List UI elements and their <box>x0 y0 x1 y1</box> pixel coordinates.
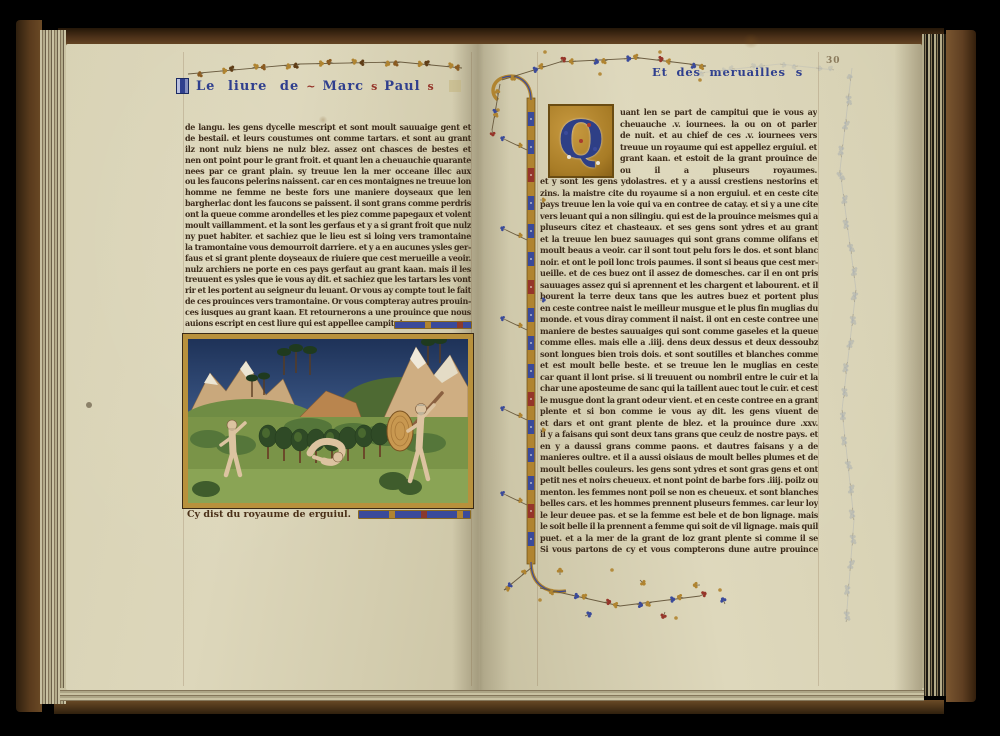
book-cover-left <box>16 20 42 712</box>
text-line: sont longues bien trois dois. et sont so… <box>540 349 818 361</box>
manuscript-photo: { "book": { "type": "illuminated manuscr… <box>0 0 1000 736</box>
text-line: faus et si grant plente doyseaux de riui… <box>185 253 471 264</box>
right-text-beside-initial: uant len se part de campitui que ie vous… <box>620 107 817 176</box>
text-line: puet. et a la mer de la grant de loz gra… <box>540 533 818 545</box>
text-line: nulz archiers ne porte en ces pays gerfa… <box>185 264 471 275</box>
line-filler <box>394 321 472 329</box>
book-cover-bottom-edge <box>54 700 944 714</box>
left-running-title: Le liure de ~ Marc s Paul s <box>176 78 461 94</box>
line-filler <box>358 510 471 519</box>
text-line: ont la queue comme arondelles et les pie… <box>185 209 471 220</box>
running-title-text: Marc <box>323 79 365 94</box>
text-line: homme ne femme ne beste fors une maniere… <box>185 187 471 198</box>
running-title-text: Le liure de <box>196 79 299 94</box>
text-line: le soit belle il la prennent a femme qui… <box>540 521 818 533</box>
text-line: la tramontaine vous demourroit darriere.… <box>185 242 471 253</box>
text-line: bargherlac dont les faucons se paissent.… <box>185 198 471 209</box>
title-separator: s <box>371 80 377 93</box>
text-line: grant kaan. et estoit de la grant prouin… <box>620 153 817 165</box>
text-line: il y a faisans qui sont deux tans grans … <box>540 429 818 441</box>
text-line: de nuit. et au chief de ces .v. iournees… <box>620 130 817 142</box>
text-line: uant len se part de campitui que ie vous… <box>620 107 817 119</box>
text-line: Si vous partons de cy et vous compterons… <box>540 544 818 556</box>
title-flourish: s <box>796 65 803 79</box>
text-line: de ces prouinces vers tramontaine. Or vo… <box>185 296 471 307</box>
miniature-painting <box>183 334 473 508</box>
left-text-column: de langu. les gens dycelle mescript et s… <box>185 122 471 329</box>
running-title-text: Paul <box>384 79 420 94</box>
folio-number: 30 <box>826 56 841 66</box>
text-line: et y sont les gens ydolastres. et y a au… <box>540 176 818 188</box>
title-separator: s <box>428 80 434 93</box>
miniature-caption-row: Cy dist du royaume de erguiul. <box>187 509 471 520</box>
page-edges-right <box>922 34 946 696</box>
text-line: manieres oultre. et il a aussi oisiaus d… <box>540 452 818 464</box>
text-line: en y a daussi grans comme paons. et daut… <box>540 441 818 453</box>
caption-text: Cy dist du royaume de erguiul. <box>187 509 351 520</box>
right-text-column: et y sont les gens ydolastres. et y a au… <box>540 176 818 556</box>
text-line: nees par ce grant plain. sy treuue len l… <box>185 166 471 177</box>
text-line: et la treuue len buez sauuages qui sont … <box>540 234 818 246</box>
title-separator: ~ <box>306 80 315 93</box>
text-line: belles cars. et les hommes prennent plus… <box>540 498 818 510</box>
running-title-text: Et des meruailles <box>652 65 786 79</box>
text-line: ou il a pluseurs royaumes. <box>620 165 817 177</box>
text-line: char une aposteume de sanc qui la taille… <box>540 383 818 395</box>
text-line: menton. les femmes nont poil se non es c… <box>540 487 818 499</box>
margin-rule <box>818 52 819 686</box>
text-line: le musgue dont la grant odeur vient. et … <box>540 395 818 407</box>
text-line: pluseurs citez et chasteaux. et ses gens… <box>540 222 818 234</box>
miniature-scene <box>188 339 468 503</box>
paragraph-mark-icon <box>176 78 189 94</box>
text-line: pays treuue len la voie qui va en contre… <box>540 199 818 211</box>
text-line: noir. et ont le poil lonc trois paumes. … <box>540 257 818 269</box>
text-line: ny puet habiter. et sachiez que le lieu … <box>185 231 471 242</box>
text-line: vers leuant qui a non silingiu. qui est … <box>540 211 818 223</box>
text-line: nen ont point pour le grant froit. et qu… <box>185 155 471 166</box>
initial-foliage-dots <box>579 139 583 143</box>
text-line: maniere de bestes sauuaiges qui sont com… <box>540 326 818 338</box>
text-line: le leur deuee pas. et se la femme est be… <box>540 510 818 522</box>
text-line: comme elles. mais elle a .iiij. dens deu… <box>540 337 818 349</box>
text-line: ueille. et de ces buez ont il assez de d… <box>540 268 818 280</box>
text-line: de langu. les gens dycelle mescript et s… <box>185 122 471 133</box>
text-line: moult belles couleurs. les gens sont ydr… <box>540 464 818 476</box>
right-running-title: Et des meruailless <box>652 65 803 79</box>
margin-rule <box>537 52 538 686</box>
text-line: et est moult belle beste. et se treuue l… <box>540 360 818 372</box>
text-line: car quant il lont prise. si li treuuent … <box>540 372 818 384</box>
fore-edge-shadow <box>894 44 922 690</box>
text-line: treuue un royaume qui est appellez ergui… <box>620 142 817 154</box>
text-line: treuuent es ysles que ie vous ay dit. et… <box>185 274 471 285</box>
text-line: cheuauche .v. iournees. la ou on ot parl… <box>620 119 817 131</box>
text-line: petit nes et noirs cheueux. et nont poin… <box>540 475 818 487</box>
text-line: ou les faucons pelerins naissent. car en… <box>185 176 471 187</box>
text-line: moult vaillamment. et la sont les gerfau… <box>185 220 471 231</box>
text-line: bourent la terre deux tans que les autre… <box>540 291 818 303</box>
speck <box>86 402 92 408</box>
text-line: moult beaus a veoir. car il sont tout pe… <box>540 245 818 257</box>
text-line: zins. la maistre cite du royaume si a no… <box>540 188 818 200</box>
text-line: ces iusques au grant kaan. Et retournero… <box>185 307 471 318</box>
text-line: sauuages assez qui si aprennent et les c… <box>540 280 818 292</box>
text-line: de bestail. et leurs coustumes ont comme… <box>185 133 471 144</box>
text-line: et dars et ont grant plente de blez. et … <box>540 418 818 430</box>
illuminated-initial: Q <box>548 104 614 178</box>
text-line: monde. et vous diray comment il naist. i… <box>540 314 818 326</box>
text-line: plente et si bon comme ie vous ay dit. l… <box>540 406 818 418</box>
book-cover-right <box>946 30 976 702</box>
page-edges-left <box>40 30 66 704</box>
text-line: ilz nont nulz biens ne nulz blez. assez … <box>185 144 471 155</box>
stain <box>742 34 760 48</box>
heading-end-ornament <box>449 80 461 92</box>
text-line: en ceste contree naist le meilleur musgu… <box>540 303 818 315</box>
text-line: rir et les portent au seigneur du leuant… <box>185 285 471 296</box>
